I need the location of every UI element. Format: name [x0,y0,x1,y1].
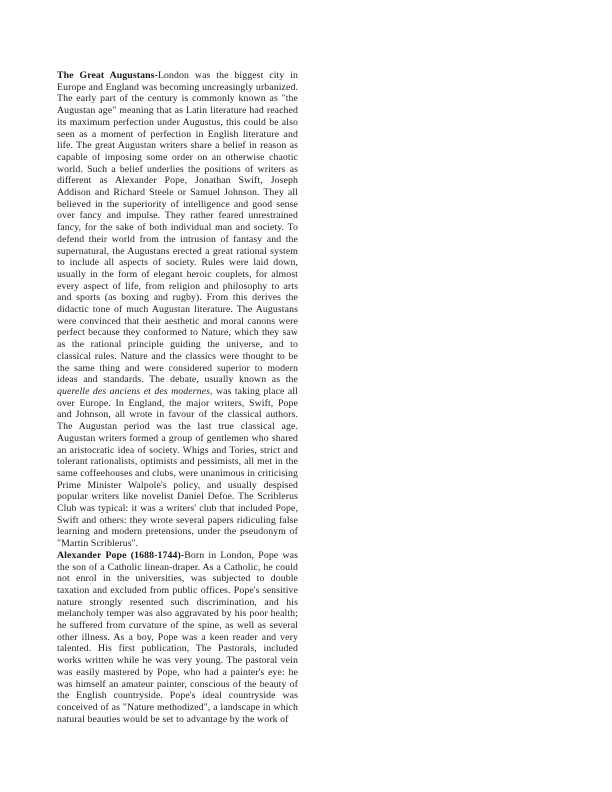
paragraph-alexander-pope: Alexander Pope (1688-1744)-Born in Londo… [57,550,298,726]
body-run: , was taking place all over Europe. In E… [57,386,298,549]
paragraph-the-great-augustans: The Great Augustans-London was the bigge… [57,70,298,550]
text-column: The Great Augustans-London was the bigge… [57,70,298,725]
document-page: The Great Augustans-London was the bigge… [0,0,612,792]
body-run: Born in London, Pope was the son of a Ca… [57,550,298,725]
heading-run-alexander-pope: Alexander Pope (1688-1744)- [57,550,184,561]
body-run: London was the biggest city in Europe an… [57,70,298,385]
heading-run-the-great-augustans: The Great Augustans- [57,70,158,81]
italic-run-querelle: querelle des anciens et des modernes [57,386,210,397]
